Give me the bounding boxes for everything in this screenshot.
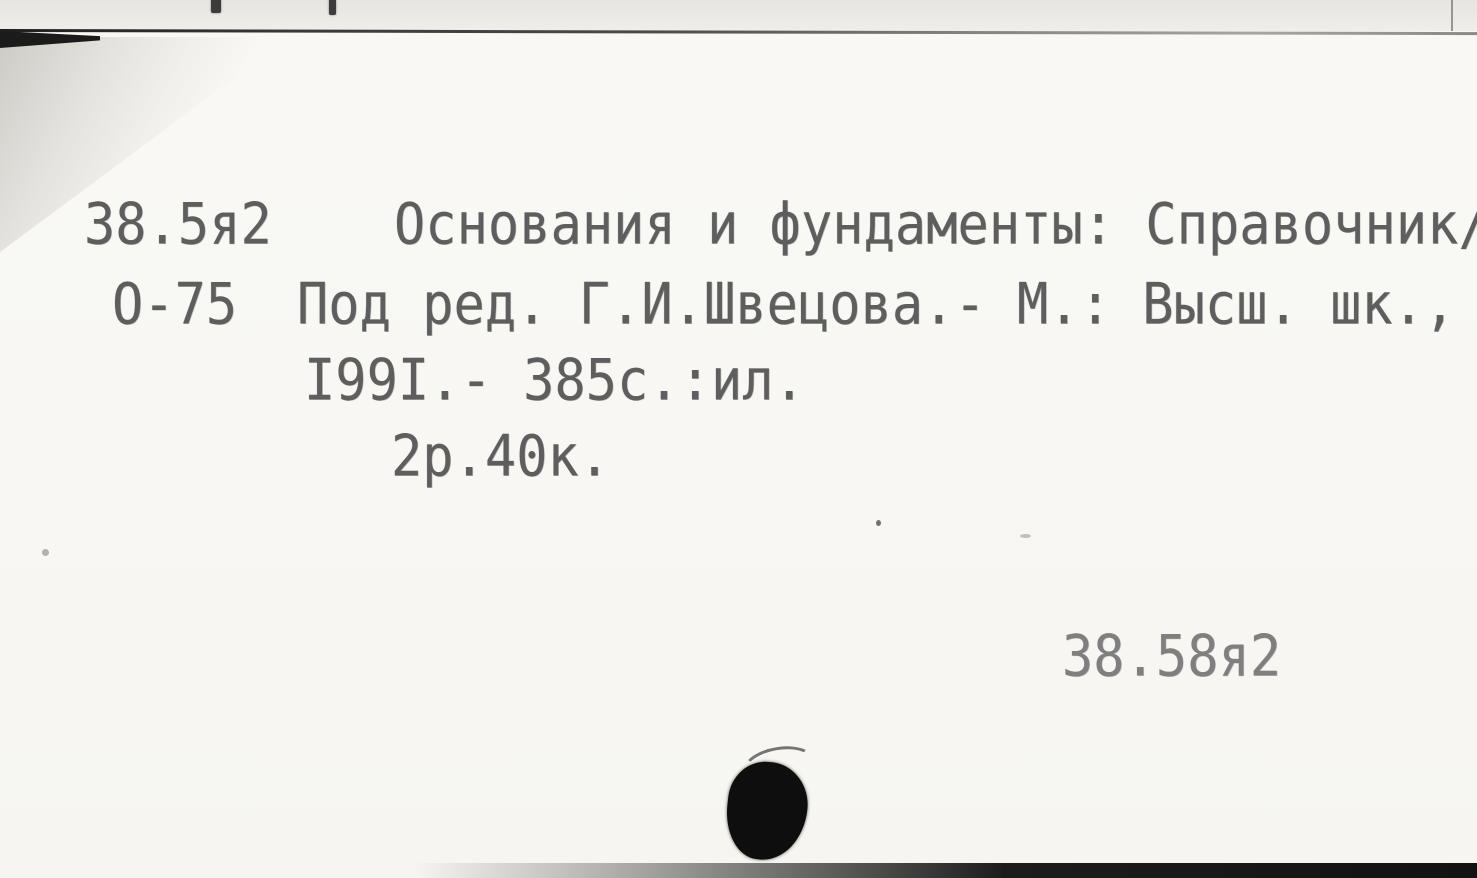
scan-speck [1020, 534, 1031, 538]
collation-line: I99I.- 385с.:ил. [304, 352, 805, 409]
card-tab-mark [211, 0, 221, 13]
price-line: 2р.40к. [391, 428, 610, 485]
catalog-card-scan: 38.5я2 Основания и фундаменты: Справочни… [0, 0, 1477, 878]
card-bottom-edge-shadow [0, 863, 1477, 878]
title-line: Основания и фундаменты: Справочник/ [394, 196, 1477, 253]
catalog-card: 38.5я2 Основания и фундаменты: Справочни… [0, 31, 1477, 878]
scan-speck [876, 520, 881, 526]
card-tab-mark [329, 0, 336, 15]
scan-speck [42, 549, 49, 556]
bbk-classification-code: 38.5я2 [84, 196, 272, 253]
background-card-strip [0, 0, 1477, 31]
shelf-code: 38.58я2 [1062, 628, 1281, 685]
author-sign: О-75 [112, 276, 237, 333]
imprint-line: Под ред. Г.И.Швецова.- М.: Высш. шк., [297, 276, 1455, 333]
